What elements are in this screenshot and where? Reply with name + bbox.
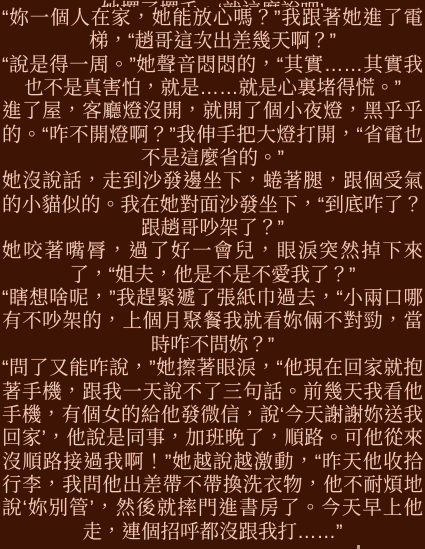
paragraph: 她沒說話，走到沙發邊坐下，蜷著腿，跟個受氣的小貓似的。我在她對面沙發坐下，“到底… [2,170,423,240]
clipped-previous-line-text: 她擺了擺手，‘就這麼說吧’ [101,0,324,7]
reader-page[interactable]: 她擺了擺手，‘就這麼說吧’ “妳一個人在家，她能放心嗎？”我跟著她進了電梯，“趙… [0,0,425,549]
paragraph: “說是得一周。”她聲音悶悶的，“其實……其實我也不是真害怕，就是……就是心裏堵得… [2,54,423,101]
clipped-next-line-fragment [357,545,360,549]
clipped-previous-line: 她擺了擺手，‘就這麼說吧’ [2,0,423,7]
paragraph: 進了屋，客廳燈沒開，就開了個小夜燈，黑乎乎的。“咋不開燈啊？”我伸手把大燈打開，… [2,100,423,170]
paragraph: “瞎想啥呢，”我趕緊遞了張紙巾過去，“小兩口哪有不吵架的，上個月聚餐我就看妳倆不… [2,287,423,357]
paragraph: 她咬著嘴脣，過了好一會兒，眼淚突然掉下來了，“姐夫，他是不是不愛我了？” [2,240,423,287]
paragraph: “問了又能咋說，”她擦著眼淚，“他現在回家就抱著手機，跟我一天說不了三句話。前幾… [2,357,423,544]
paragraph: “妳一個人在家，她能放心嗎？”我跟著她進了電梯，“趙哥這次出差幾天啊？” [2,7,423,54]
novel-text-body: “妳一個人在家，她能放心嗎？”我跟著她進了電梯，“趙哥這次出差幾天啊？”“說是得… [2,7,423,544]
